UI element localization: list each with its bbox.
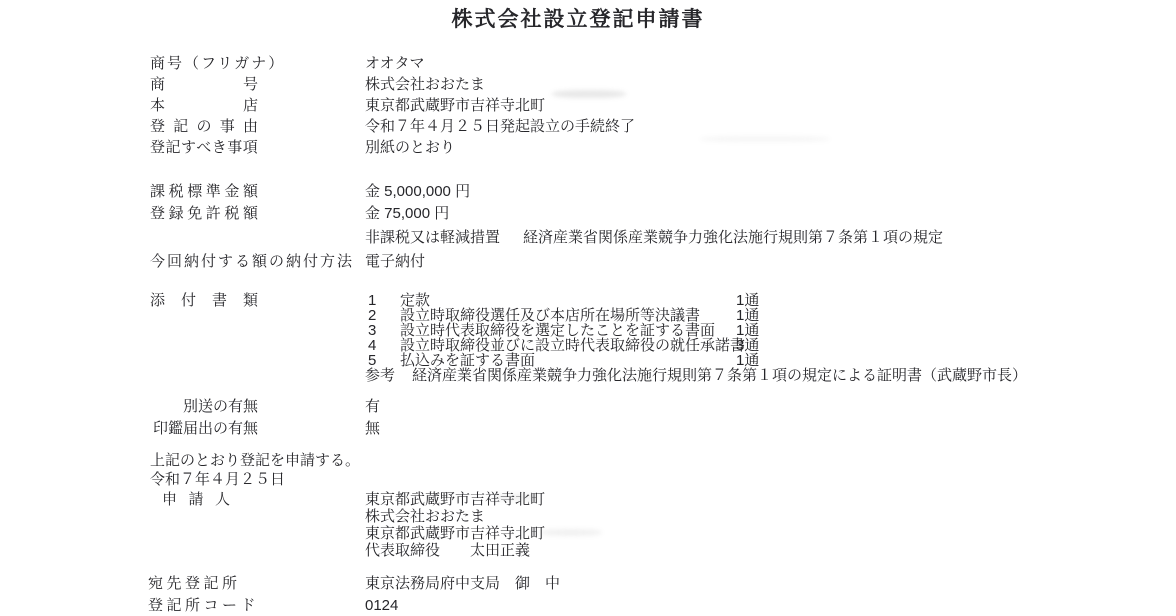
applicant-row-1: 申請人 東京都武蔵野市吉祥寺北町 — [0, 491, 1176, 508]
registry-office-value: 東京法務局府中支局 御 中 — [365, 575, 560, 592]
field-row-license-tax: 登録免許税額 金 75,000 円 — [0, 205, 1176, 222]
field-value-license-tax: 金 75,000 円 — [365, 205, 449, 222]
attachment-reference-name: 経済産業省関係産業競争力強化法施行規則第７条第１項の規定による証明書（武蔵野市長… — [412, 367, 1027, 384]
field-value-payment-method: 電子納付 — [365, 253, 425, 270]
field-label-license-tax: 登録免許税額 — [150, 205, 258, 222]
field-value-tax-base: 金 5,000,000 円 — [365, 183, 470, 200]
field-label-reason: 登記の事由 — [150, 118, 258, 135]
field-value-matters: 別紙のとおり — [365, 139, 455, 156]
flag-row-separate-mail: 別送の有無 有 — [0, 398, 1176, 415]
applicant-representative-address: 東京都武蔵野市吉祥寺北町 — [365, 525, 545, 542]
field-value-head-office: 東京都武蔵野市吉祥寺北町 — [365, 97, 545, 114]
tax-relief-regulation: 経済産業省関係産業競争力強化法施行規則第７条第１項の規定 — [523, 229, 943, 246]
field-row-tax-base: 課税標準金額 金 5,000,000 円 — [0, 183, 1176, 200]
field-label-tax-base: 課税標準金額 — [150, 183, 258, 200]
flag-row-seal-notice: 印鑑届出の有無 無 — [0, 420, 1176, 437]
field-row-tax-relief: 非課税又は軽減措置 経済産業省関係産業競争力強化法施行規則第７条第１項の規定 — [0, 229, 1176, 246]
applicant-company: 株式会社おおたま — [365, 508, 485, 525]
field-row-payment-method: 今回納付する額の納付方法 電子納付 — [0, 253, 1176, 270]
applicant-label: 申請人 — [162, 491, 230, 508]
field-value-trade-name: 株式会社おおたま — [365, 76, 485, 93]
redaction-smudge — [552, 90, 626, 98]
applicant-row-2: 株式会社おおたま — [0, 508, 1176, 525]
field-label-trade-name: 商号 — [150, 76, 258, 93]
field-value-furigana: オオタマ — [365, 55, 425, 72]
footer-row-registry-office: 宛先登記所 東京法務局府中支局 御 中 — [0, 575, 1176, 592]
field-label-furigana: 商号（フリガナ） — [150, 55, 285, 72]
field-row-head-office: 本店 東京都武蔵野市吉祥寺北町 — [0, 97, 1176, 114]
flag-value-seal-notice: 無 — [365, 420, 380, 437]
closing-date-text: 令和７年４月２５日 — [150, 471, 285, 488]
field-value-reason: 令和７年４月２５日発起設立の手続終了 — [365, 118, 635, 135]
footer-row-registry-code: 登記所コード 0124 — [0, 597, 1176, 614]
flag-value-separate-mail: 有 — [365, 398, 380, 415]
applicant-row-4: 代表取締役 太田正義 — [0, 542, 1176, 559]
field-label-matters: 登記すべき事項 — [150, 139, 258, 156]
closing-date: 令和７年４月２５日 — [0, 471, 1176, 488]
document-title: 株式会社設立登記申請書 — [0, 3, 1156, 33]
registry-code-label: 登記所コード — [148, 597, 259, 614]
field-row-matters: 登記すべき事項 別紙のとおり — [0, 139, 1176, 156]
closing-statement: 上記のとおり登記を申請する。 — [0, 452, 1176, 469]
closing-statement-text: 上記のとおり登記を申請する。 — [150, 452, 360, 469]
field-label-head-office: 本店 — [150, 97, 258, 114]
field-row-furigana: 商号（フリガナ） オオタマ — [0, 55, 1176, 72]
registry-office-label: 宛先登記所 — [148, 575, 241, 592]
registry-code-value: 0124 — [365, 597, 398, 614]
redaction-smudge — [492, 494, 538, 501]
tax-relief-label: 非課税又は軽減措置 — [365, 229, 500, 246]
field-label-payment-method: 今回納付する額の納付方法 — [150, 253, 354, 270]
attachment-row-reference: 参考 経済産業省関係産業競争力強化法施行規則第７条第１項の規定による証明書（武蔵… — [0, 367, 1176, 384]
attachment-reference-marker: 参考 — [365, 367, 395, 384]
flag-label-separate-mail: 別送の有無 — [150, 398, 258, 415]
flag-label-seal-notice: 印鑑届出の有無 — [150, 420, 258, 437]
incorporation-registration-application: 株式会社設立登記申請書 商号（フリガナ） オオタマ 商号 株式会社おおたま 本店… — [0, 0, 1176, 616]
field-row-reason: 登記の事由 令和７年４月２５日発起設立の手続終了 — [0, 118, 1176, 135]
redaction-smudge — [540, 529, 602, 536]
applicant-representative-name: 代表取締役 太田正義 — [365, 542, 530, 559]
redaction-smudge — [700, 136, 830, 142]
